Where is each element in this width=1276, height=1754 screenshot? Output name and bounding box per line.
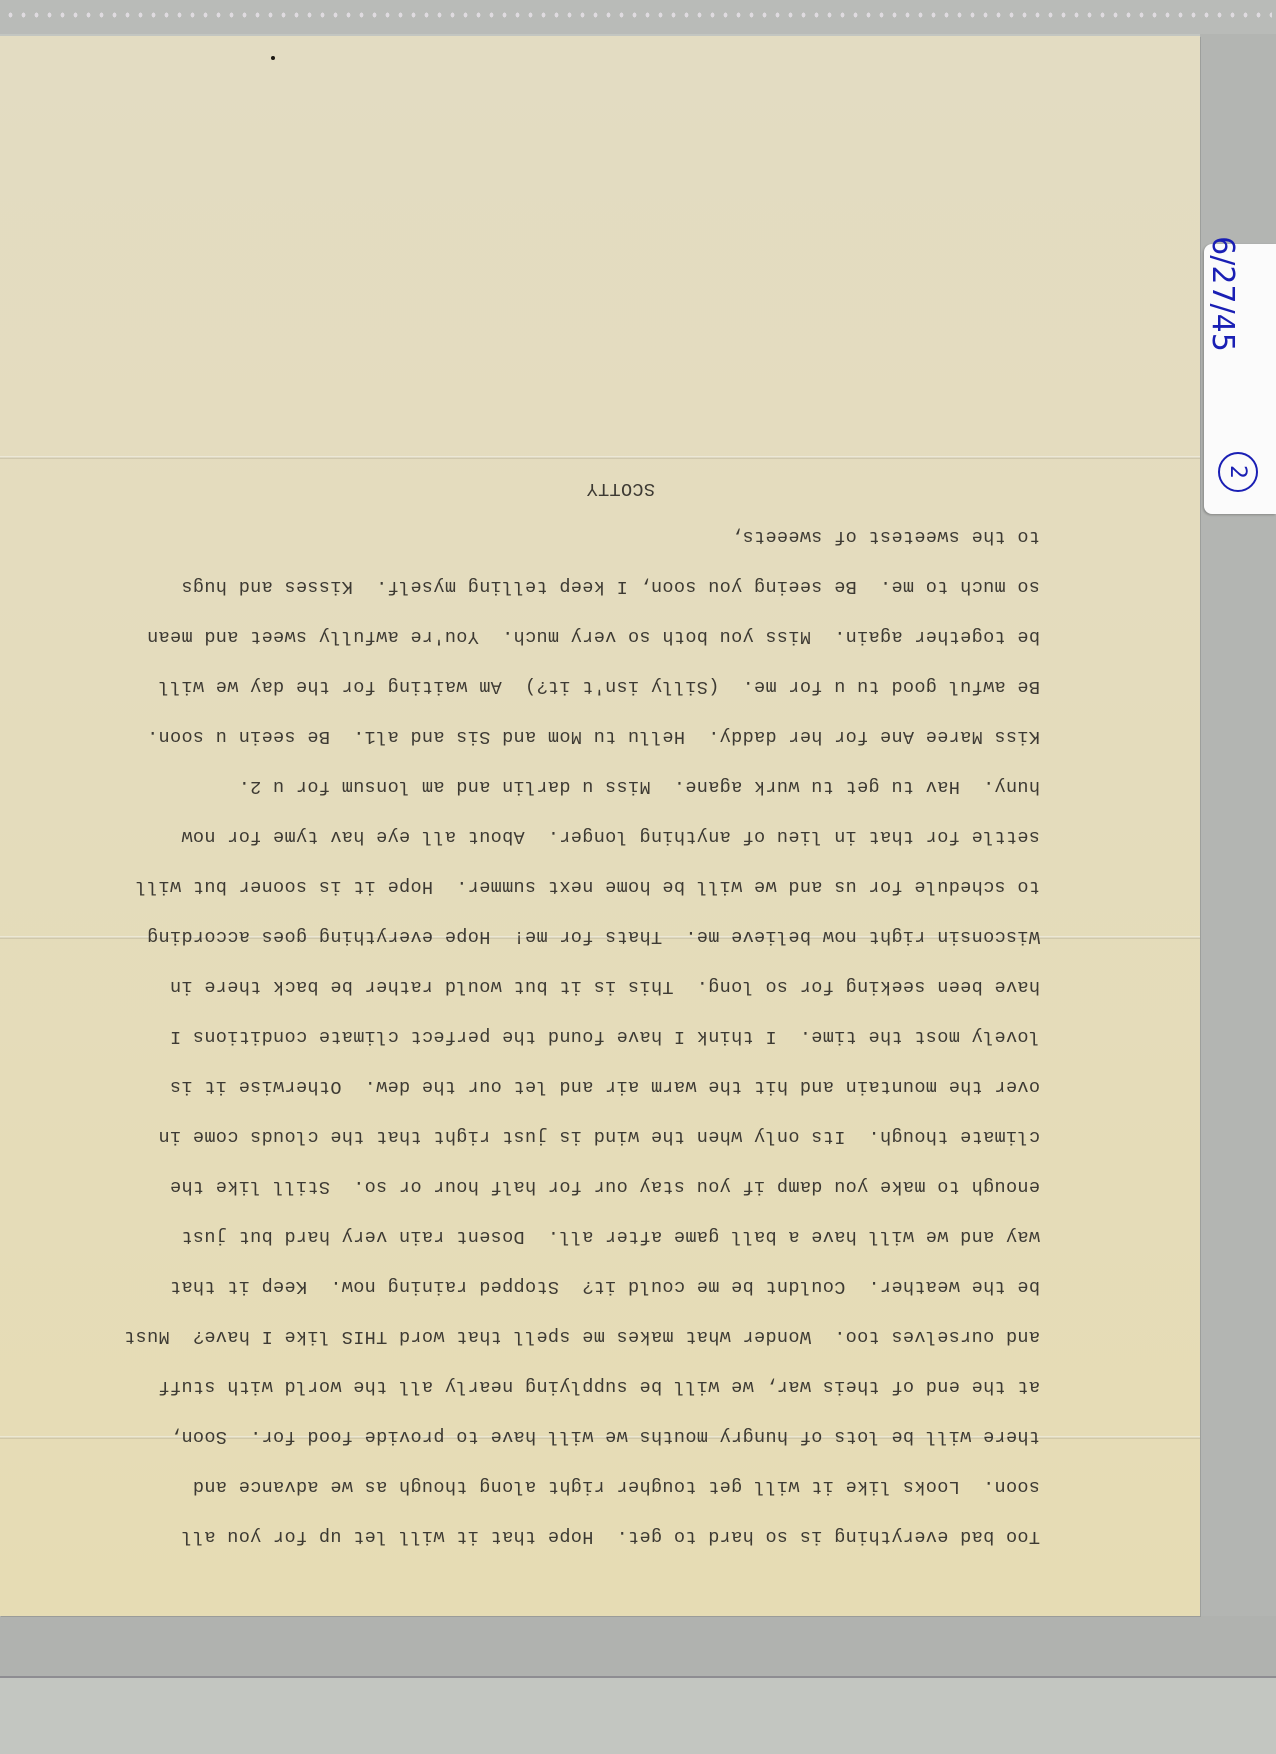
letter-line: so much to me. Be seeing you soon, I kee… (181, 576, 1040, 596)
letter-line: Kiss Maree Ane for her daddy. Hellu tu M… (147, 726, 1040, 746)
letter-line: be together again. Miss you both so very… (147, 626, 1040, 646)
letter-line: be the weather. Couldnt be me could it? … (170, 1276, 1040, 1296)
paper-fold-crease (0, 456, 1200, 459)
letter-text-rotated: Too bad everything is so hard to get. Ho… (30, 486, 1040, 1546)
letter-page: Too bad everything is so hard to get. Ho… (0, 36, 1200, 1616)
letter-line: at the end of theis war, we will be supp… (158, 1376, 1040, 1396)
signature: SCOTTY (586, 478, 655, 498)
letter-line: Wisconsin right now believe me. Thats fo… (147, 926, 1040, 946)
letter-line: to schedule for us and we will be home n… (135, 876, 1040, 896)
archive-label-tab: 6/27/45 2 (1204, 244, 1276, 514)
letter-line: soon. Looks like it will get tougher rig… (193, 1476, 1040, 1496)
scanner-sleeve-top (0, 0, 1276, 34)
sleeve-perforations (4, 10, 1272, 20)
label-page-number: 2 (1218, 452, 1258, 492)
sleeve-edge-line (0, 1676, 1276, 1678)
letter-line: way and we will have a ball game after a… (181, 1226, 1040, 1246)
label-date: 6/27/45 (1205, 236, 1240, 352)
letter-line: enough to make you damp if you stay our … (170, 1176, 1040, 1196)
letter-line: there will be lots of hungry mouths we w… (170, 1426, 1040, 1446)
ink-speck (271, 56, 275, 60)
letter-line: and ourselves too. Wonder what makes me … (124, 1326, 1040, 1346)
letter-line: have been seeking for so long. This is i… (170, 976, 1040, 996)
letter-line: climate though. Its only when the wind i… (158, 1126, 1040, 1146)
scanner-sleeve-bottom (0, 1616, 1276, 1676)
letter-line: huny. Hav tu get tu wurk agane. Miss u d… (238, 776, 1040, 796)
letter-line: Too bad everything is so hard to get. Ho… (181, 1526, 1040, 1546)
letter-line: settle for that in lieu of anything long… (181, 826, 1040, 846)
letter-line: lovely most the time. I think I have fou… (170, 1026, 1040, 1046)
letter-line: over the mountain and hit the warm air a… (170, 1076, 1040, 1096)
letter-closing: to the sweetest of sweeets, (731, 526, 1040, 546)
letter-line: Be awful good tu u for me. (Silly isn't … (158, 676, 1040, 696)
